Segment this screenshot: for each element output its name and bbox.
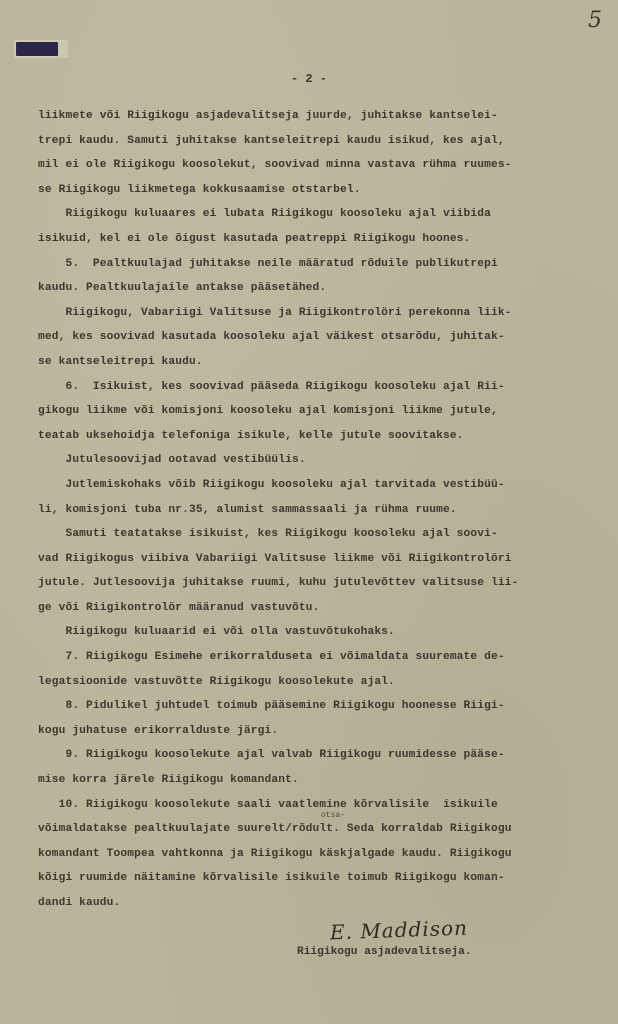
text-line: Jutlemiskohaks võib Riigikogu koosoleku …: [38, 473, 598, 498]
document-body: liikmete või Riigikogu asjadevalitseja j…: [38, 104, 598, 916]
handwritten-insert: otsa-: [321, 811, 345, 820]
text-line: se kantseleitrepi kaudu.: [38, 350, 598, 375]
text-line: jutule. Jutlesoovija juhitakse ruumi, ku…: [38, 571, 598, 596]
signature-title: Riigikogu asjadevalitseja.: [297, 946, 472, 958]
text-line: 5. Pealtkuulajad juhitakse neile määratu…: [38, 252, 598, 277]
archive-tape-tab: [58, 40, 68, 58]
text-line: 10. Riigikogu koosolekute saali vaatlemi…: [38, 793, 598, 818]
text-line: teatab uksehoidja telefoniga isikule, ke…: [38, 424, 598, 449]
text-line: vad Riigikogus viibiva Vabariigi Valitsu…: [38, 547, 598, 572]
text-line: kaudu. Pealtkuulajaile antakse pääsetähe…: [38, 276, 598, 301]
page-number: - 2 -: [0, 72, 618, 86]
text-line: isikuid, kel ei ole õigust kasutada peat…: [38, 227, 598, 252]
text-line: Riigikogu, Vabariigi Valitsuse ja Riigik…: [38, 301, 598, 326]
text-line: li, komisjoni tuba nr.35, alumist sammas…: [38, 498, 598, 523]
text-line: dandi kaudu.: [38, 891, 598, 916]
text-line: med, kes soovivad kasutada koosoleku aja…: [38, 325, 598, 350]
text-line: Jutulesoovijad ootavad vestibüülis.: [38, 448, 598, 473]
text-line: 9. Riigikogu koosolekute ajal valvab Rii…: [38, 743, 598, 768]
text-line: legatsioonide vastuvõtte Riigikogu kooso…: [38, 670, 598, 695]
text-line: võimaldatakse pealtkuulajate suurelt/rõd…: [38, 817, 598, 842]
text-line: Samuti teatatakse isikuist, kes Riigikog…: [38, 522, 598, 547]
document-page: 5 - 2 - liikmete või Riigikogu asjadeval…: [0, 0, 618, 1024]
text-line: 7. Riigikogu Esimehe erikorralduseta ei …: [38, 645, 598, 670]
text-line: trepi kaudu. Samuti juhitakse kantseleit…: [38, 129, 598, 154]
text-line: mise korra järele Riigikogu komandant.: [38, 768, 598, 793]
text-line: komandant Toompea vahtkonna ja Riigikogu…: [38, 842, 598, 867]
text-line: Riigikogu kuluaares ei lubata Riigikogu …: [38, 202, 598, 227]
archive-tape-marker: [16, 42, 58, 56]
text-line: 6. Isikuist, kes soovivad pääseda Riigik…: [38, 375, 598, 400]
signature: E. Maddison: [330, 916, 469, 945]
text-line: se Riigikogu liikmetega kokkusaamise ots…: [38, 178, 598, 203]
text-line: kogu juhatuse erikorralduste järgi.: [38, 719, 598, 744]
text-line: kõigi ruumide näitamine kõrvalisile isik…: [38, 866, 598, 891]
text-line: 8. Pidulikel juhtudel toimub pääsemine R…: [38, 694, 598, 719]
text-line: Riigikogu kuluaarid ei või olla vastuvõt…: [38, 620, 598, 645]
text-line: liikmete või Riigikogu asjadevalitseja j…: [38, 104, 598, 129]
archive-page-mark: 5: [588, 8, 602, 33]
text-line: ge või Riigikontrolör määranud vastuvõtu…: [38, 596, 598, 621]
text-line: gikogu liikme või komisjoni koosoleku aj…: [38, 399, 598, 424]
text-line: mil ei ole Riigikogu koosolekut, sooviva…: [38, 153, 598, 178]
